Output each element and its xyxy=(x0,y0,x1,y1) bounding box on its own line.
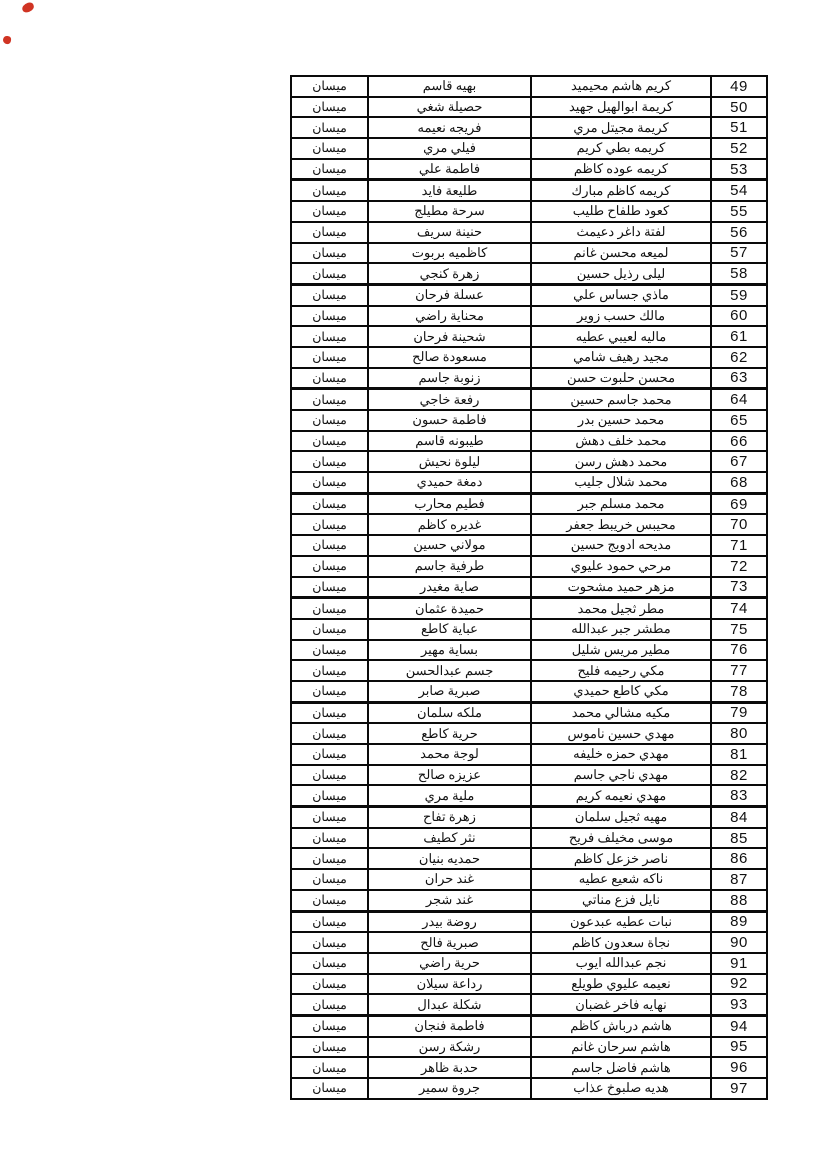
table-row: 58 ليلى رذيل حسين زهرة كنجي ميسان xyxy=(291,263,767,284)
cell-mother-name: فيلي مري xyxy=(368,138,531,159)
cell-full-name: مهدي نعيمه كريم xyxy=(531,785,711,806)
cell-mother-name: فطيم محارب xyxy=(368,493,531,514)
cell-mother-name: حصيلة شغي xyxy=(368,97,531,118)
cell-full-name: لفتة داغر دعيمث xyxy=(531,222,711,243)
cell-row-number: 61 xyxy=(711,326,767,347)
table-row: 74 مطر ثجيل محمد حميدة عثمان ميسان xyxy=(291,598,767,619)
cell-province: ميسان xyxy=(291,598,368,619)
cell-row-number: 77 xyxy=(711,660,767,681)
cell-province: ميسان xyxy=(291,932,368,953)
cell-mother-name: جسم عبدالحسن xyxy=(368,660,531,681)
table-row: 83 مهدي نعيمه كريم ملية مري ميسان xyxy=(291,785,767,806)
cell-province: ميسان xyxy=(291,1015,368,1036)
cell-province: ميسان xyxy=(291,284,368,305)
cell-province: ميسان xyxy=(291,911,368,932)
cell-province: ميسان xyxy=(291,1037,368,1058)
cell-full-name: ناصر خزعل كاظم xyxy=(531,848,711,869)
cell-row-number: 88 xyxy=(711,890,767,911)
cell-row-number: 65 xyxy=(711,410,767,431)
cell-full-name: محمد مسلم جبر xyxy=(531,493,711,514)
table-row: 63 محسن حلبوت حسن زنوبة جاسم ميسان xyxy=(291,368,767,389)
cell-province: ميسان xyxy=(291,807,368,828)
cell-mother-name: مسعودة صالح xyxy=(368,347,531,368)
cell-row-number: 78 xyxy=(711,681,767,702)
cell-full-name: مجيد رهيف شامي xyxy=(531,347,711,368)
cell-mother-name: فريجه نعيمه xyxy=(368,117,531,138)
cell-province: ميسان xyxy=(291,974,368,995)
table-row: 68 محمد شلال جليب دمغة حميدي ميسان xyxy=(291,472,767,493)
cell-mother-name: غديره كاظم xyxy=(368,514,531,535)
cell-row-number: 64 xyxy=(711,389,767,410)
table-row: 85 موسى مخيلف فريح نثر كطيف ميسان xyxy=(291,828,767,849)
names-table-body: 49 كريم هاشم محيميد بهيه قاسم ميسان 50 ك… xyxy=(291,76,767,1099)
cell-province: ميسان xyxy=(291,493,368,514)
cell-province: ميسان xyxy=(291,619,368,640)
cell-full-name: كريمة ابوالهيل جهيد xyxy=(531,97,711,118)
cell-mother-name: بساية مهير xyxy=(368,640,531,661)
cell-row-number: 53 xyxy=(711,159,767,180)
table-row: 61 ماليه لعيبي عطيه شحينة فرحان ميسان xyxy=(291,326,767,347)
cell-row-number: 83 xyxy=(711,785,767,806)
document-page: 49 كريم هاشم محيميد بهيه قاسم ميسان 50 ك… xyxy=(0,0,827,1170)
cell-full-name: ناكه شعيع عطيه xyxy=(531,869,711,890)
cell-full-name: محسن حلبوت حسن xyxy=(531,368,711,389)
cell-full-name: لميعه محسن غانم xyxy=(531,243,711,264)
cell-full-name: هديه صلبوخ عذاب xyxy=(531,1078,711,1099)
cell-mother-name: شكلة عبدال xyxy=(368,994,531,1015)
table-row: 90 نجاة سعدون كاظم صبرية فالح ميسان xyxy=(291,932,767,953)
cell-row-number: 58 xyxy=(711,263,767,284)
cell-province: ميسان xyxy=(291,97,368,118)
table-row: 72 مرحي حمود عليوي طرفية جاسم ميسان xyxy=(291,556,767,577)
cell-mother-name: عباية كاطع xyxy=(368,619,531,640)
cell-full-name: كعود طلفاح طليب xyxy=(531,201,711,222)
cell-row-number: 79 xyxy=(711,702,767,723)
table-row: 76 مطير مريس شليل بساية مهير ميسان xyxy=(291,640,767,661)
cell-mother-name: حرية راضي xyxy=(368,953,531,974)
cell-full-name: هاشم سرحان غانم xyxy=(531,1037,711,1058)
cell-province: ميسان xyxy=(291,368,368,389)
cell-row-number: 60 xyxy=(711,306,767,327)
cell-row-number: 70 xyxy=(711,514,767,535)
cell-province: ميسان xyxy=(291,681,368,702)
table-row: 55 كعود طلفاح طليب سرحة مطيلج ميسان xyxy=(291,201,767,222)
cell-full-name: مالك حسب زوير xyxy=(531,306,711,327)
cell-row-number: 67 xyxy=(711,451,767,472)
cell-province: ميسان xyxy=(291,263,368,284)
cell-mother-name: ملكه سلمان xyxy=(368,702,531,723)
cell-province: ميسان xyxy=(291,953,368,974)
cell-province: ميسان xyxy=(291,723,368,744)
table-row: 62 مجيد رهيف شامي مسعودة صالح ميسان xyxy=(291,347,767,368)
table-row: 89 نبات عطيه عبدعون روضة بيدر ميسان xyxy=(291,911,767,932)
cell-row-number: 71 xyxy=(711,535,767,556)
cell-province: ميسان xyxy=(291,848,368,869)
table-row: 87 ناكه شعيع عطيه غند حران ميسان xyxy=(291,869,767,890)
cell-province: ميسان xyxy=(291,117,368,138)
cell-mother-name: طيبونه قاسم xyxy=(368,431,531,452)
cell-mother-name: حدبة ظاهر xyxy=(368,1057,531,1078)
table-row: 88 نايل فزع مناتي غند شجر ميسان xyxy=(291,890,767,911)
cell-row-number: 90 xyxy=(711,932,767,953)
cell-row-number: 62 xyxy=(711,347,767,368)
cell-row-number: 85 xyxy=(711,828,767,849)
cell-full-name: نبات عطيه عبدعون xyxy=(531,911,711,932)
cell-province: ميسان xyxy=(291,660,368,681)
table-row: 77 مكي رحيمه فليح جسم عبدالحسن ميسان xyxy=(291,660,767,681)
cell-province: ميسان xyxy=(291,1078,368,1099)
cell-province: ميسان xyxy=(291,243,368,264)
cell-mother-name: زهرة كنجي xyxy=(368,263,531,284)
cell-row-number: 50 xyxy=(711,97,767,118)
cell-row-number: 89 xyxy=(711,911,767,932)
cell-mother-name: عسلة فرحان xyxy=(368,284,531,305)
cell-province: ميسان xyxy=(291,180,368,201)
table-row: 70 محيبس خريبط جعفر غديره كاظم ميسان xyxy=(291,514,767,535)
cell-row-number: 68 xyxy=(711,472,767,493)
cell-full-name: ليلى رذيل حسين xyxy=(531,263,711,284)
cell-mother-name: دمغة حميدي xyxy=(368,472,531,493)
table-row: 86 ناصر خزعل كاظم حمديه بنيان ميسان xyxy=(291,848,767,869)
cell-mother-name: حمديه بنيان xyxy=(368,848,531,869)
cell-row-number: 82 xyxy=(711,765,767,786)
cell-full-name: مطير مريس شليل xyxy=(531,640,711,661)
cell-row-number: 66 xyxy=(711,431,767,452)
cell-full-name: نجم عبدالله ايوب xyxy=(531,953,711,974)
cell-row-number: 74 xyxy=(711,598,767,619)
cell-province: ميسان xyxy=(291,828,368,849)
table-row: 91 نجم عبدالله ايوب حرية راضي ميسان xyxy=(291,953,767,974)
cell-full-name: مهدي حسين ناموس xyxy=(531,723,711,744)
cell-mother-name: غند حران xyxy=(368,869,531,890)
cell-full-name: مديحه ادويج حسين xyxy=(531,535,711,556)
cell-full-name: هاشم درباش كاظم xyxy=(531,1015,711,1036)
cell-row-number: 52 xyxy=(711,138,767,159)
cell-full-name: مزهر حميد مشحوت xyxy=(531,577,711,598)
cell-mother-name: حميدة عثمان xyxy=(368,598,531,619)
table-row: 95 هاشم سرحان غانم رشكة رسن ميسان xyxy=(291,1037,767,1058)
table-row: 69 محمد مسلم جبر فطيم محارب ميسان xyxy=(291,493,767,514)
cell-row-number: 91 xyxy=(711,953,767,974)
cell-province: ميسان xyxy=(291,535,368,556)
cell-province: ميسان xyxy=(291,744,368,765)
cell-full-name: محمد حسين بدر xyxy=(531,410,711,431)
cell-province: ميسان xyxy=(291,431,368,452)
cell-row-number: 80 xyxy=(711,723,767,744)
cell-province: ميسان xyxy=(291,556,368,577)
cell-province: ميسان xyxy=(291,994,368,1015)
cell-full-name: مطر ثجيل محمد xyxy=(531,598,711,619)
cell-full-name: نعيمه عليوي طويلع xyxy=(531,974,711,995)
cell-mother-name: جروة سمير xyxy=(368,1078,531,1099)
cell-full-name: محمد شلال جليب xyxy=(531,472,711,493)
cell-mother-name: مولاني حسين xyxy=(368,535,531,556)
cell-mother-name: نثر كطيف xyxy=(368,828,531,849)
cell-mother-name: زهرة تفاح xyxy=(368,807,531,828)
table-row: 65 محمد حسين بدر فاطمة حسون ميسان xyxy=(291,410,767,431)
cell-row-number: 59 xyxy=(711,284,767,305)
cell-full-name: مكيه مشالي محمد xyxy=(531,702,711,723)
cell-province: ميسان xyxy=(291,201,368,222)
table-row: 82 مهدي ناجي جاسم عزيزه صالح ميسان xyxy=(291,765,767,786)
cell-province: ميسان xyxy=(291,577,368,598)
cell-full-name: نايل فزع مناتي xyxy=(531,890,711,911)
cell-mother-name: ليلوة نحيش xyxy=(368,451,531,472)
cell-row-number: 56 xyxy=(711,222,767,243)
cell-row-number: 72 xyxy=(711,556,767,577)
table-row: 57 لميعه محسن غانم كاظميه بربوت ميسان xyxy=(291,243,767,264)
cell-province: ميسان xyxy=(291,451,368,472)
cell-province: ميسان xyxy=(291,410,368,431)
cell-full-name: نهايه فاخر غضبان xyxy=(531,994,711,1015)
cell-full-name: كريمه كاظم مبارك xyxy=(531,180,711,201)
cell-full-name: محمد خلف دهش xyxy=(531,431,711,452)
red-ink-mark-icon xyxy=(2,35,11,44)
cell-row-number: 49 xyxy=(711,76,767,97)
cell-province: ميسان xyxy=(291,765,368,786)
cell-province: ميسان xyxy=(291,869,368,890)
table-row: 71 مديحه ادويج حسين مولاني حسين ميسان xyxy=(291,535,767,556)
cell-full-name: هاشم فاضل جاسم xyxy=(531,1057,711,1078)
cell-row-number: 54 xyxy=(711,180,767,201)
cell-mother-name: رفعة خاجي xyxy=(368,389,531,410)
cell-province: ميسان xyxy=(291,1057,368,1078)
table-row: 67 محمد دهش رسن ليلوة نحيش ميسان xyxy=(291,451,767,472)
cell-row-number: 63 xyxy=(711,368,767,389)
cell-mother-name: حنينة سريف xyxy=(368,222,531,243)
cell-province: ميسان xyxy=(291,472,368,493)
cell-mother-name: فاطمة علي xyxy=(368,159,531,180)
cell-row-number: 51 xyxy=(711,117,767,138)
cell-row-number: 87 xyxy=(711,869,767,890)
cell-row-number: 84 xyxy=(711,807,767,828)
cell-mother-name: محناية راضي xyxy=(368,306,531,327)
cell-mother-name: ملية مري xyxy=(368,785,531,806)
cell-mother-name: روضة بيدر xyxy=(368,911,531,932)
table-row: 80 مهدي حسين ناموس حرية كاطع ميسان xyxy=(291,723,767,744)
cell-mother-name: غند شجر xyxy=(368,890,531,911)
cell-mother-name: حرية كاطع xyxy=(368,723,531,744)
cell-full-name: مطشر جبر عبدالله xyxy=(531,619,711,640)
table-row: 94 هاشم درباش كاظم فاطمة فنجان ميسان xyxy=(291,1015,767,1036)
table-row: 97 هديه صلبوخ عذاب جروة سمير ميسان xyxy=(291,1078,767,1099)
cell-full-name: ماذي جساس علي xyxy=(531,284,711,305)
cell-mother-name: كاظميه بربوت xyxy=(368,243,531,264)
cell-province: ميسان xyxy=(291,702,368,723)
cell-province: ميسان xyxy=(291,890,368,911)
table-row: 51 كريمة مجيتل مري فريجه نعيمه ميسان xyxy=(291,117,767,138)
table-row: 92 نعيمه عليوي طويلع رداعة سيلان ميسان xyxy=(291,974,767,995)
cell-full-name: كريمة مجيتل مري xyxy=(531,117,711,138)
table-row: 93 نهايه فاخر غضبان شكلة عبدال ميسان xyxy=(291,994,767,1015)
cell-province: ميسان xyxy=(291,76,368,97)
cell-full-name: مكي كاطع حميدي xyxy=(531,681,711,702)
cell-full-name: محمد دهش رسن xyxy=(531,451,711,472)
table-row: 64 محمد جاسم حسين رفعة خاجي ميسان xyxy=(291,389,767,410)
cell-province: ميسان xyxy=(291,785,368,806)
table-row: 50 كريمة ابوالهيل جهيد حصيلة شغي ميسان xyxy=(291,97,767,118)
cell-province: ميسان xyxy=(291,389,368,410)
table-row: 56 لفتة داغر دعيمث حنينة سريف ميسان xyxy=(291,222,767,243)
cell-row-number: 76 xyxy=(711,640,767,661)
cell-province: ميسان xyxy=(291,514,368,535)
cell-mother-name: سرحة مطيلج xyxy=(368,201,531,222)
cell-mother-name: زنوبة جاسم xyxy=(368,368,531,389)
cell-row-number: 92 xyxy=(711,974,767,995)
cell-row-number: 97 xyxy=(711,1078,767,1099)
cell-full-name: مهدي حمزه خليفه xyxy=(531,744,711,765)
cell-full-name: مكي رحيمه فليح xyxy=(531,660,711,681)
cell-row-number: 73 xyxy=(711,577,767,598)
cell-mother-name: رداعة سيلان xyxy=(368,974,531,995)
cell-full-name: مهدي ناجي جاسم xyxy=(531,765,711,786)
cell-province: ميسان xyxy=(291,640,368,661)
cell-full-name: مرحي حمود عليوي xyxy=(531,556,711,577)
names-table: 49 كريم هاشم محيميد بهيه قاسم ميسان 50 ك… xyxy=(290,75,768,1100)
cell-mother-name: رشكة رسن xyxy=(368,1037,531,1058)
cell-mother-name: طرفية جاسم xyxy=(368,556,531,577)
table-row: 78 مكي كاطع حميدي صبرية صابر ميسان xyxy=(291,681,767,702)
cell-row-number: 57 xyxy=(711,243,767,264)
cell-row-number: 86 xyxy=(711,848,767,869)
table-row: 79 مكيه مشالي محمد ملكه سلمان ميسان xyxy=(291,702,767,723)
cell-mother-name: طليعة فايد xyxy=(368,180,531,201)
cell-province: ميسان xyxy=(291,347,368,368)
table-row: 66 محمد خلف دهش طيبونه قاسم ميسان xyxy=(291,431,767,452)
cell-row-number: 81 xyxy=(711,744,767,765)
table-row: 73 مزهر حميد مشحوت صاية مغيدر ميسان xyxy=(291,577,767,598)
cell-mother-name: عزيزه صالح xyxy=(368,765,531,786)
cell-row-number: 69 xyxy=(711,493,767,514)
cell-province: ميسان xyxy=(291,306,368,327)
red-ink-mark-icon xyxy=(21,1,35,13)
table-row: 49 كريم هاشم محيميد بهيه قاسم ميسان xyxy=(291,76,767,97)
cell-province: ميسان xyxy=(291,222,368,243)
cell-full-name: مهيه ثجيل سلمان xyxy=(531,807,711,828)
table-row: 96 هاشم فاضل جاسم حدبة ظاهر ميسان xyxy=(291,1057,767,1078)
cell-mother-name: شحينة فرحان xyxy=(368,326,531,347)
cell-mother-name: صبرية صابر xyxy=(368,681,531,702)
cell-full-name: ماليه لعيبي عطيه xyxy=(531,326,711,347)
cell-province: ميسان xyxy=(291,138,368,159)
table-row: 54 كريمه كاظم مبارك طليعة فايد ميسان xyxy=(291,180,767,201)
cell-full-name: كريم هاشم محيميد xyxy=(531,76,711,97)
cell-province: ميسان xyxy=(291,159,368,180)
cell-mother-name: صاية مغيدر xyxy=(368,577,531,598)
table-row: 60 مالك حسب زوير محناية راضي ميسان xyxy=(291,306,767,327)
cell-row-number: 55 xyxy=(711,201,767,222)
table-row: 53 كريمه عوده كاظم فاطمة علي ميسان xyxy=(291,159,767,180)
table-row: 59 ماذي جساس علي عسلة فرحان ميسان xyxy=(291,284,767,305)
cell-mother-name: صبرية فالح xyxy=(368,932,531,953)
cell-full-name: كريمه عوده كاظم xyxy=(531,159,711,180)
cell-row-number: 75 xyxy=(711,619,767,640)
table-row: 52 كريمه بطي كريم فيلي مري ميسان xyxy=(291,138,767,159)
cell-full-name: نجاة سعدون كاظم xyxy=(531,932,711,953)
table-row: 84 مهيه ثجيل سلمان زهرة تفاح ميسان xyxy=(291,807,767,828)
cell-mother-name: لوجة محمد xyxy=(368,744,531,765)
cell-mother-name: فاطمة فنجان xyxy=(368,1015,531,1036)
cell-row-number: 93 xyxy=(711,994,767,1015)
cell-full-name: كريمه بطي كريم xyxy=(531,138,711,159)
cell-full-name: محيبس خريبط جعفر xyxy=(531,514,711,535)
table-row: 75 مطشر جبر عبدالله عباية كاطع ميسان xyxy=(291,619,767,640)
cell-mother-name: فاطمة حسون xyxy=(368,410,531,431)
cell-province: ميسان xyxy=(291,326,368,347)
cell-full-name: محمد جاسم حسين xyxy=(531,389,711,410)
cell-full-name: موسى مخيلف فريح xyxy=(531,828,711,849)
cell-row-number: 94 xyxy=(711,1015,767,1036)
cell-row-number: 95 xyxy=(711,1037,767,1058)
cell-mother-name: بهيه قاسم xyxy=(368,76,531,97)
table-row: 81 مهدي حمزه خليفه لوجة محمد ميسان xyxy=(291,744,767,765)
cell-row-number: 96 xyxy=(711,1057,767,1078)
